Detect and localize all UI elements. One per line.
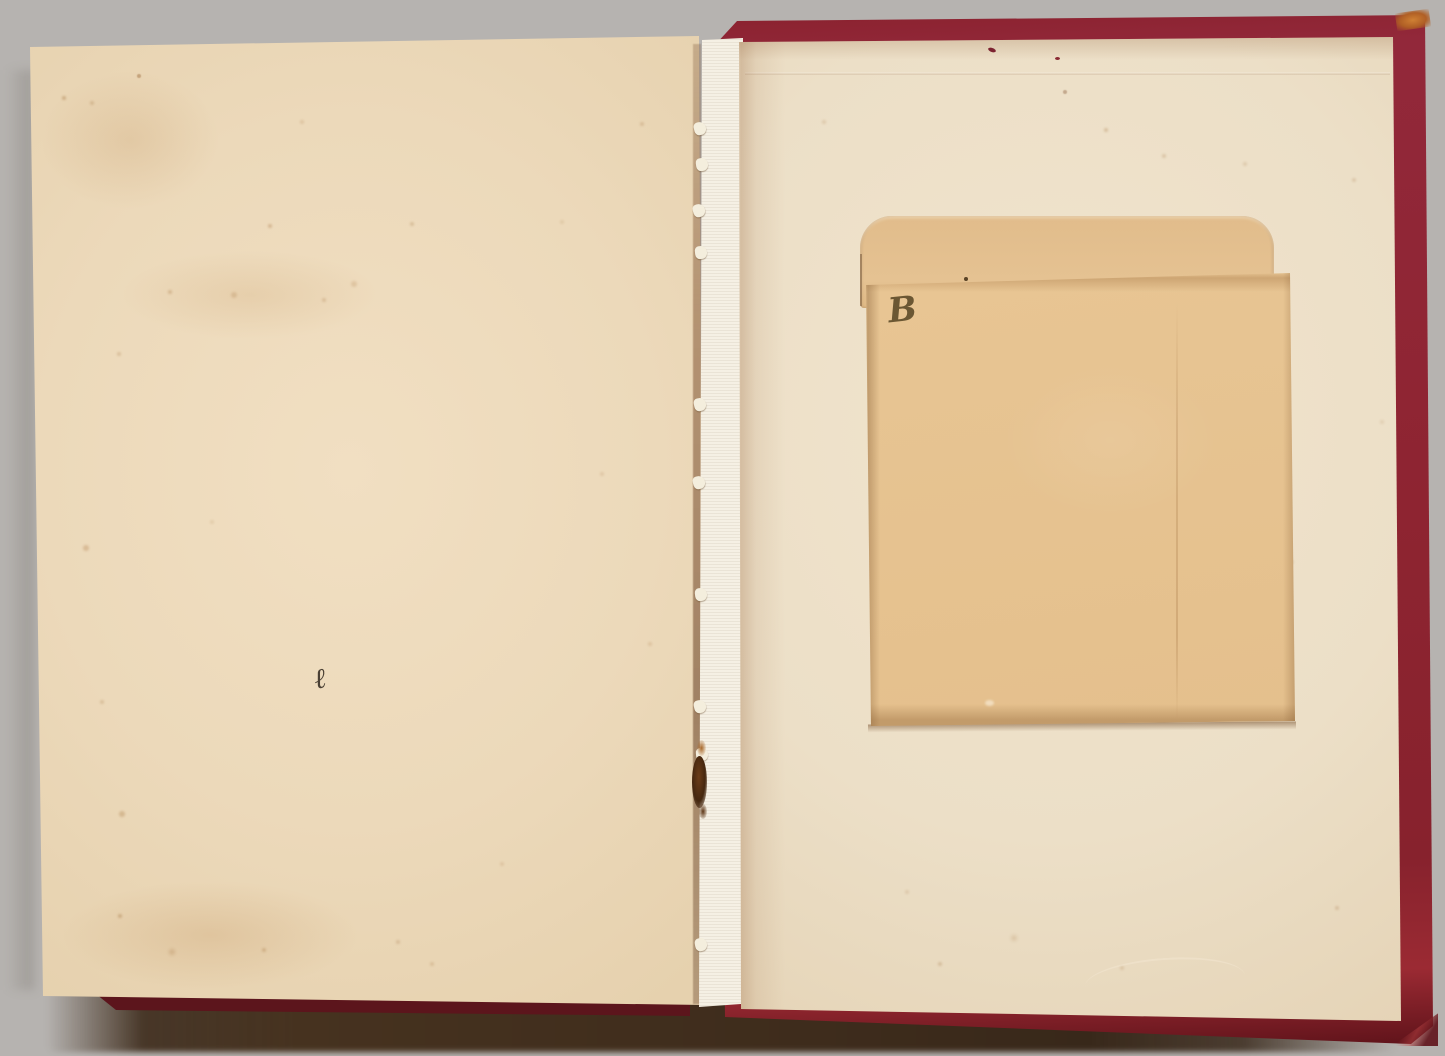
pocket-crease — [1176, 300, 1178, 720]
glue-stain — [699, 804, 707, 819]
red-speck — [1055, 57, 1060, 60]
foxing-spots — [0, 0, 4, 4]
cast-shadow-left — [6, 70, 34, 990]
book-photo: ℓ B — [0, 0, 1445, 1056]
glue-stain — [692, 756, 707, 808]
glue-stain — [697, 740, 706, 756]
cover-corner-wear — [1395, 9, 1431, 32]
ink-speck — [964, 277, 968, 281]
flap-edge-line — [860, 254, 862, 306]
handwritten-letter: B — [886, 289, 917, 332]
pocket-scuff — [985, 700, 994, 706]
foxing-spots — [0, 0, 4, 4]
pocket-sheen — [1000, 360, 1220, 520]
